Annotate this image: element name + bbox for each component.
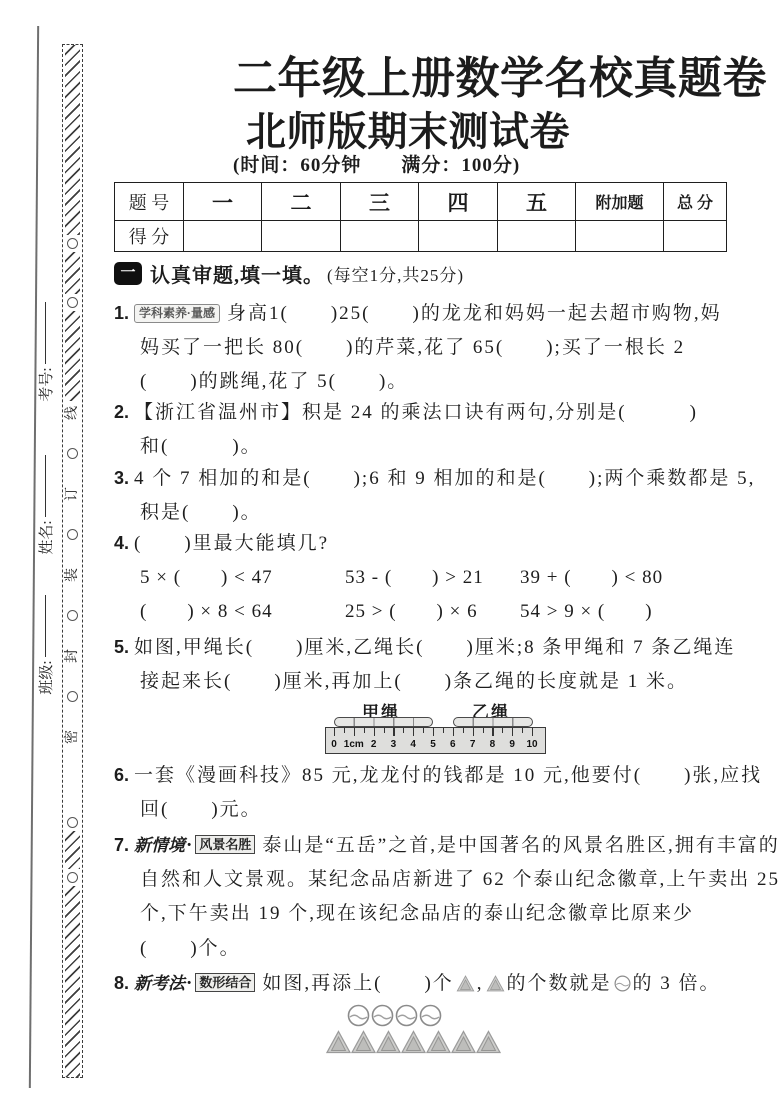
question-line: 6.一套《漫画科技》85 元,龙龙付的钱都是 10 元,他要付( )张,应找: [114, 758, 754, 793]
score-table-header: 四: [419, 183, 498, 221]
question-1: 1.学科素养·量感身高1( )25( )的龙龙和妈妈一起去超市购物,妈 妈买了一…: [114, 296, 754, 400]
binding-char: 密: [65, 730, 81, 744]
question-badge-boxed: 风景名胜: [195, 835, 255, 854]
question-6: 6.一套《漫画科技》85 元,龙龙付的钱都是 10 元,他要付( )张,应找 回…: [114, 758, 754, 827]
section-note: (每空1分,共25分): [327, 261, 464, 286]
circle-shape-icon: [419, 1004, 442, 1027]
ruler-tick: [393, 728, 394, 736]
class-label: 班级:: [35, 660, 56, 694]
question-7: 7.新情境·风景名胜泰山是“五岳”之首,是中国著名的风景名胜区,拥有丰富的 自然…: [114, 828, 754, 966]
circle-shape-icon: [371, 1004, 394, 1027]
score-cell-empty: [576, 221, 664, 252]
triangle-shape-icon: [351, 1029, 376, 1055]
question-badge-bold: 新考法: [134, 974, 185, 993]
triangle-shape-icon: [401, 1029, 426, 1055]
ruler-figure: 甲绳 乙绳 01cm2345678910: [325, 698, 555, 758]
question-line: 8.新考法·数形结合如图,再添上( )个,的个数就是的 3 倍。: [114, 966, 754, 1001]
score-table: 题 号 一 二 三 四 五 附加题 总 分 得 分: [114, 182, 727, 252]
ring-mark-icon: [67, 872, 78, 883]
circle-shape-icon: [395, 1004, 418, 1027]
question-text: 的 3 倍。: [633, 973, 721, 994]
ruler-minor-tick: [403, 728, 404, 733]
ruler-tick-label: 7: [470, 739, 476, 750]
exam-title: 二年级上册数学名校真题卷: [233, 42, 767, 106]
hatch-marks: [65, 831, 80, 869]
triangle-icon: [456, 970, 475, 1005]
ring-mark-icon: [67, 610, 78, 621]
binding-strip: 线 订 装 封 密: [62, 44, 83, 1078]
question-8: 8.新考法·数形结合如图,再添上( )个,的个数就是的 3 倍。: [114, 966, 754, 1001]
question-line: 接起来长( )厘米,再加上( )条乙绳的长度就是 1 米。: [114, 665, 754, 700]
question-number: 5.: [114, 637, 129, 657]
question-badge-bold: 新情境: [134, 836, 185, 855]
question-line: 回( )元。: [114, 793, 754, 828]
ruler-tick-label: 0: [331, 739, 337, 750]
question-text: 【浙江省温州市】积是 24 的乘法口诀有两句,分别是( ): [134, 402, 698, 423]
ruler-minor-tick: [522, 728, 523, 733]
question-line: 和( )。: [114, 430, 754, 465]
circle-shape-icon: [347, 1004, 370, 1027]
exam-number-blank-line: [45, 302, 46, 364]
math-expression: 39 + ( ) < 80: [520, 561, 754, 596]
question-line: 2.【浙江省温州市】积是 24 的乘法口诀有两句,分别是( ): [114, 395, 754, 430]
question-number: 4.: [114, 533, 129, 553]
ruler-tick: [374, 728, 375, 736]
section-1-header: 一 认真审题,填一填。 (每空1分,共25分): [114, 259, 464, 288]
exam-subtitle: 北师版期末测试卷: [246, 100, 570, 157]
question-math-row: 5 × ( ) < 47 53 - ( ) > 21 39 + ( ) < 80: [114, 561, 754, 596]
math-expression: 25 > ( ) × 6: [345, 595, 520, 630]
name-field: 姓名:: [35, 430, 55, 580]
triangle-icon: [486, 970, 505, 1005]
question-badge-boxed: 数形结合: [195, 973, 255, 992]
math-expression: 53 - ( ) > 21: [345, 561, 520, 596]
triangle-shape-icon: [376, 1029, 401, 1055]
triangle-shape-icon: [326, 1029, 351, 1055]
ruler-tick: [532, 728, 533, 736]
badge-dot: ·: [186, 973, 192, 994]
score-cell-empty: [184, 221, 262, 252]
question-math-row: ( ) × 8 < 64 25 > ( ) × 6 54 > 9 × ( ): [114, 595, 754, 630]
triangle-shape-icon: [476, 1029, 501, 1055]
ring-mark-icon: [67, 448, 78, 459]
class-field: 班级:: [35, 570, 55, 720]
score-cell-empty: [341, 221, 419, 252]
hatch-marks: [65, 252, 80, 294]
ruler-tick-label: 9: [509, 739, 515, 750]
class-blank-line: [45, 595, 46, 657]
question-line: 个,下午卖出 19 个,现在该纪念品店的泰山纪念徽章比原来少: [114, 897, 754, 932]
question-text: 一套《漫画科技》85 元,龙龙付的钱都是 10 元,他要付( )张,应找: [134, 765, 762, 786]
question-text: 如图,再添上( )个: [262, 973, 453, 994]
math-expression: 54 > 9 × ( ): [520, 595, 754, 630]
ruler-tick: [453, 728, 454, 736]
ruler-minor-tick: [344, 728, 345, 733]
question-line: 4.( )里最大能填几?: [114, 526, 754, 561]
ruler-tick: [334, 728, 335, 736]
question-text: 的个数就是: [507, 973, 612, 994]
triangle-shape-icon: [451, 1029, 476, 1055]
exam-number-field: 考号:: [35, 277, 55, 427]
question-line: 7.新情境·风景名胜泰山是“五岳”之首,是中国著名的风景名胜区,拥有丰富的: [114, 828, 754, 863]
question-line: ( )个。: [114, 932, 754, 967]
ruler-tick: [492, 728, 493, 736]
section-number-badge: 一: [114, 262, 142, 285]
ruler-tick-label: 8: [490, 739, 496, 750]
ruler-tick-label: 10: [526, 739, 537, 750]
ruler-tick: [473, 728, 474, 736]
ruler-body: 01cm2345678910: [325, 727, 546, 754]
rope-a-shape: [334, 717, 433, 727]
question-number: 7.: [114, 835, 129, 855]
binding-char: 订: [65, 487, 81, 501]
ruler-tick: [413, 728, 414, 736]
score-cell-empty: [664, 221, 727, 252]
hatch-marks: [65, 886, 80, 1077]
hatch-marks: [65, 45, 80, 235]
question-line: 5.如图,甲绳长( )厘米,乙绳长( )厘米;8 条甲绳和 7 条乙绳连: [114, 630, 754, 665]
score-table-header: 二: [262, 183, 341, 221]
question-text: ,: [477, 973, 484, 994]
question-text: ( )里最大能填几?: [134, 533, 329, 554]
triangles-row: [326, 1029, 501, 1055]
badge-dot: ·: [186, 835, 192, 856]
question-2: 2.【浙江省温州市】积是 24 的乘法口诀有两句,分别是( ) 和( )。: [114, 395, 754, 464]
score-table-header: 三: [341, 183, 419, 221]
binding-char: 装: [65, 568, 81, 582]
score-cell-empty: [419, 221, 498, 252]
ruler-tick-label: 4: [410, 739, 416, 750]
ring-mark-icon: [67, 817, 78, 828]
exam-meta: (时间：60分钟 满分：100分): [233, 150, 520, 177]
question-number: 3.: [114, 468, 129, 488]
binding-line-text: 线 订 装 封 密: [66, 401, 80, 749]
rope-b-shape: [453, 717, 533, 727]
ring-mark-icon: [67, 691, 78, 702]
score-table-header: 五: [498, 183, 576, 221]
ruler-tick: [512, 728, 513, 736]
question-3: 3.4 个 7 相加的和是( );6 和 9 相加的和是( );两个乘数都是 5…: [114, 461, 754, 530]
ruler-minor-tick: [463, 728, 464, 733]
ruler-minor-tick: [443, 728, 444, 733]
score-cell-empty: [498, 221, 576, 252]
circle-icon: [614, 970, 631, 1005]
ring-mark-icon: [67, 238, 78, 249]
name-label: 姓名:: [35, 520, 56, 554]
ruler-tick: [433, 728, 434, 736]
question-5: 5.如图,甲绳长( )厘米,乙绳长( )厘米;8 条甲绳和 7 条乙绳连 接起来…: [114, 630, 754, 699]
ruler-tick: [354, 728, 355, 736]
binding-char: 封: [65, 649, 81, 663]
ruler-minor-tick: [483, 728, 484, 733]
question-line: 1.学科素养·量感身高1( )25( )的龙龙和妈妈一起去超市购物,妈: [114, 296, 754, 331]
question-line: 妈买了一把长 80( )的芹菜,花了 65( );买了一根长 2: [114, 331, 754, 366]
question-number: 2.: [114, 402, 129, 422]
ring-mark-icon: [67, 297, 78, 308]
question-text: 泰山是“五岳”之首,是中国著名的风景名胜区,拥有丰富的: [262, 835, 779, 856]
ruler-tick-label: 2: [371, 739, 377, 750]
circles-row: [347, 1004, 442, 1027]
question-text: 身高1( )25( )的龙龙和妈妈一起去超市购物,妈: [227, 303, 722, 324]
score-table-header: 一: [184, 183, 262, 221]
math-expression: ( ) × 8 < 64: [140, 595, 345, 630]
math-expression: 5 × ( ) < 47: [140, 561, 345, 596]
triangle-shape-icon: [426, 1029, 451, 1055]
question-number: 8.: [114, 973, 129, 993]
ruler-minor-tick: [502, 728, 503, 733]
question-line: 积是( )。: [114, 496, 754, 531]
question-line: 3.4 个 7 相加的和是( );6 和 9 相加的和是( );两个乘数都是 5…: [114, 461, 754, 496]
section-title: 认真审题,填一填。: [150, 259, 324, 288]
score-cell-empty: [262, 221, 341, 252]
exam-number-label: 考号:: [35, 367, 56, 401]
ruler-minor-tick: [364, 728, 365, 733]
score-table-header: 总 分: [664, 183, 727, 221]
score-table-header: 题 号: [115, 183, 184, 221]
hatch-marks: [65, 311, 80, 401]
question-badge: 学科素养·量感: [134, 304, 220, 323]
ruler-minor-tick: [384, 728, 385, 733]
ruler-tick-label: 1cm: [344, 739, 364, 750]
question-text: 如图,甲绳长( )厘米,乙绳长( )厘米;8 条甲绳和 7 条乙绳连: [134, 637, 735, 658]
question-number: 1.: [114, 303, 129, 323]
ring-mark-icon: [67, 529, 78, 540]
ruler-minor-tick: [423, 728, 424, 733]
score-table-header: 附加题: [576, 183, 664, 221]
ruler-tick-label: 5: [430, 739, 436, 750]
question-4: 4.( )里最大能填几? 5 × ( ) < 47 53 - ( ) > 21 …: [114, 526, 754, 630]
ruler-tick-label: 3: [391, 739, 397, 750]
question-line: 自然和人文景观。某纪念品店新进了 62 个泰山纪念徽章,上午卖出 25: [114, 863, 754, 898]
name-blank-line: [45, 455, 46, 517]
question-text: 4 个 7 相加的和是( );6 和 9 相加的和是( );两个乘数都是 5,: [134, 468, 755, 489]
question-number: 6.: [114, 765, 129, 785]
binding-char: 线: [65, 406, 81, 420]
ruler-tick-label: 6: [450, 739, 456, 750]
score-row-label: 得 分: [115, 221, 184, 252]
